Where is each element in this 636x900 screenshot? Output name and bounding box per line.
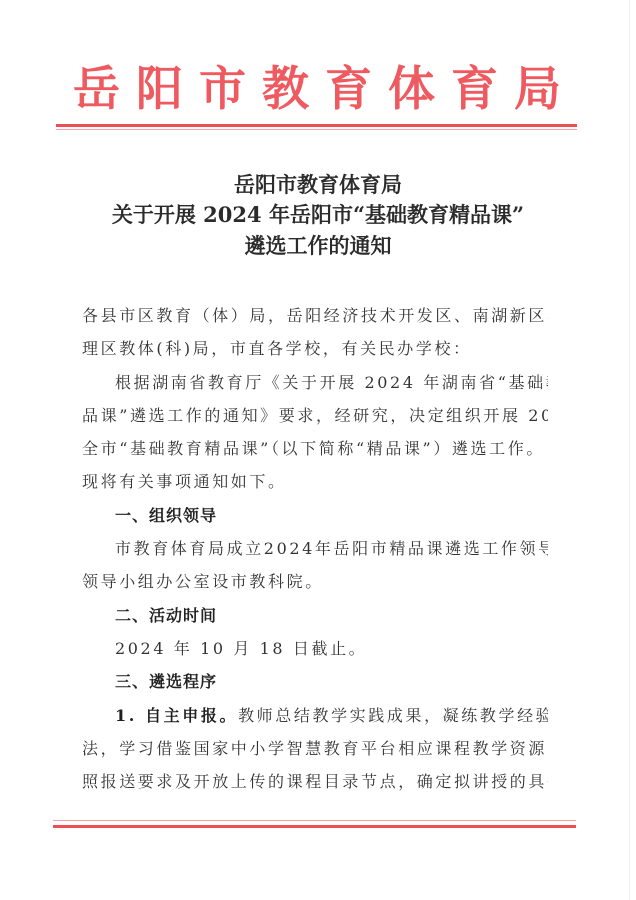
document-title-line2: 关于开展 2024 年岳阳市“基础教育精品课” xyxy=(0,199,636,231)
letterhead-org-name: 岳阳市教育体育局 xyxy=(0,62,636,118)
intro-line: 全市“基础教育精品课”（以下简称“精品课”）遴选工作。 xyxy=(82,432,548,465)
document-title-line3: 遴选工作的通知 xyxy=(0,230,636,262)
section-heading-procedure: 三、遴选程序 xyxy=(82,665,548,698)
section-line: 2024 年 10 月 18 日截止。 xyxy=(82,632,548,665)
section-line: 教师总结教学实践成果，凝练教学经验和方 xyxy=(238,706,548,725)
document-title-line1: 岳阳市教育体育局 xyxy=(0,169,636,201)
document-body: 各县市区教育（体）局，岳阳经济技术开发区、南湖新区、屈原管 理区教体(科)局，市… xyxy=(82,299,548,798)
section-heading-organization: 一、组织领导 xyxy=(82,499,548,532)
intro-line: 根据湖南省教育厅《关于开展 2024 年湖南省“基础教育精 xyxy=(82,366,548,399)
page-edge xyxy=(629,0,630,900)
salutation-line: 理区教体(科)局，市直各学校，有关民办学校： xyxy=(82,332,548,365)
section-line: 市教育体育局成立2024年岳阳市精品课遴选工作领导小组， xyxy=(82,532,548,565)
salutation-line: 各县市区教育（体）局，岳阳经济技术开发区、南湖新区、屈原管 xyxy=(82,299,548,332)
intro-line: 品课”遴选工作的通知》要求，经研究，决定组织开展 2024 年 xyxy=(82,399,548,432)
procedure-item-1: 1. 自主申报。教师总结教学实践成果，凝练教学经验和方 xyxy=(82,699,548,732)
section-line: 法，学习借鉴国家中小学智慧教育平台相应课程教学资源，对 xyxy=(82,732,548,765)
footer-rule-thin xyxy=(53,820,576,821)
intro-line: 现将有关事项通知如下。 xyxy=(82,465,548,498)
header-rule-thin xyxy=(56,129,577,130)
procedure-item-1-label: 1. 自主申报。 xyxy=(115,706,238,725)
section-line: 领导小组办公室设市教科院。 xyxy=(82,565,548,598)
footer-rule-thick xyxy=(53,825,576,828)
header-rule-thick xyxy=(56,124,577,127)
section-heading-schedule: 二、活动时间 xyxy=(82,599,548,632)
section-line: 照报送要求及开放上传的课程目录节点，确定拟讲授的具体内 xyxy=(82,765,548,798)
